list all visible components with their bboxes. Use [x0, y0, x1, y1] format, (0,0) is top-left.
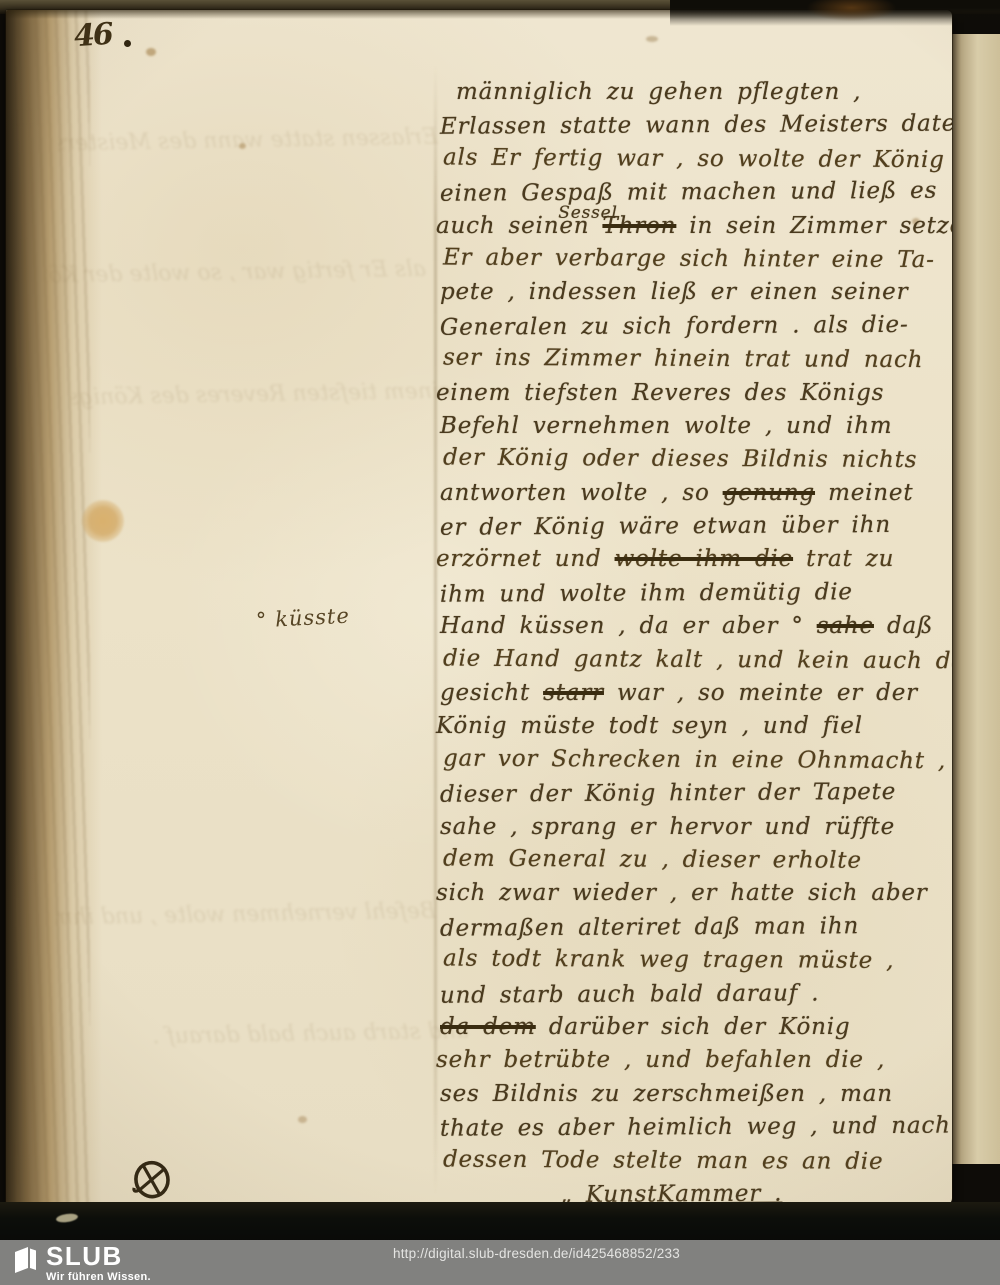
slub-tagline: Wir führen Wissen.: [46, 1271, 151, 1283]
slub-brand-name: SLUB: [46, 1244, 151, 1268]
manuscript-scan: Erlassen statte wann des Meisters datena…: [0, 0, 1000, 1243]
slub-book-icon: [13, 1246, 38, 1274]
footer-bar: SLUB Wir führen Wissen. http://digital.s…: [0, 1240, 1000, 1285]
document-url: http://digital.slub-dresden.de/id4254688…: [393, 1246, 680, 1261]
slub-logo-text: SLUB Wir führen Wissen.: [46, 1244, 151, 1283]
viewer-page: Erlassen statte wann des Meisters datena…: [0, 0, 1000, 1285]
manuscript-page: Erlassen statte wann des Meisters datena…: [6, 10, 952, 1206]
book-bottom-edge: [0, 1202, 1000, 1243]
book-fore-edge-pages: [950, 34, 1000, 1164]
paper-vignette: [6, 10, 952, 1206]
corner-shadow: [670, 0, 1000, 26]
slub-logo: SLUB Wir führen Wissen.: [13, 1244, 151, 1283]
